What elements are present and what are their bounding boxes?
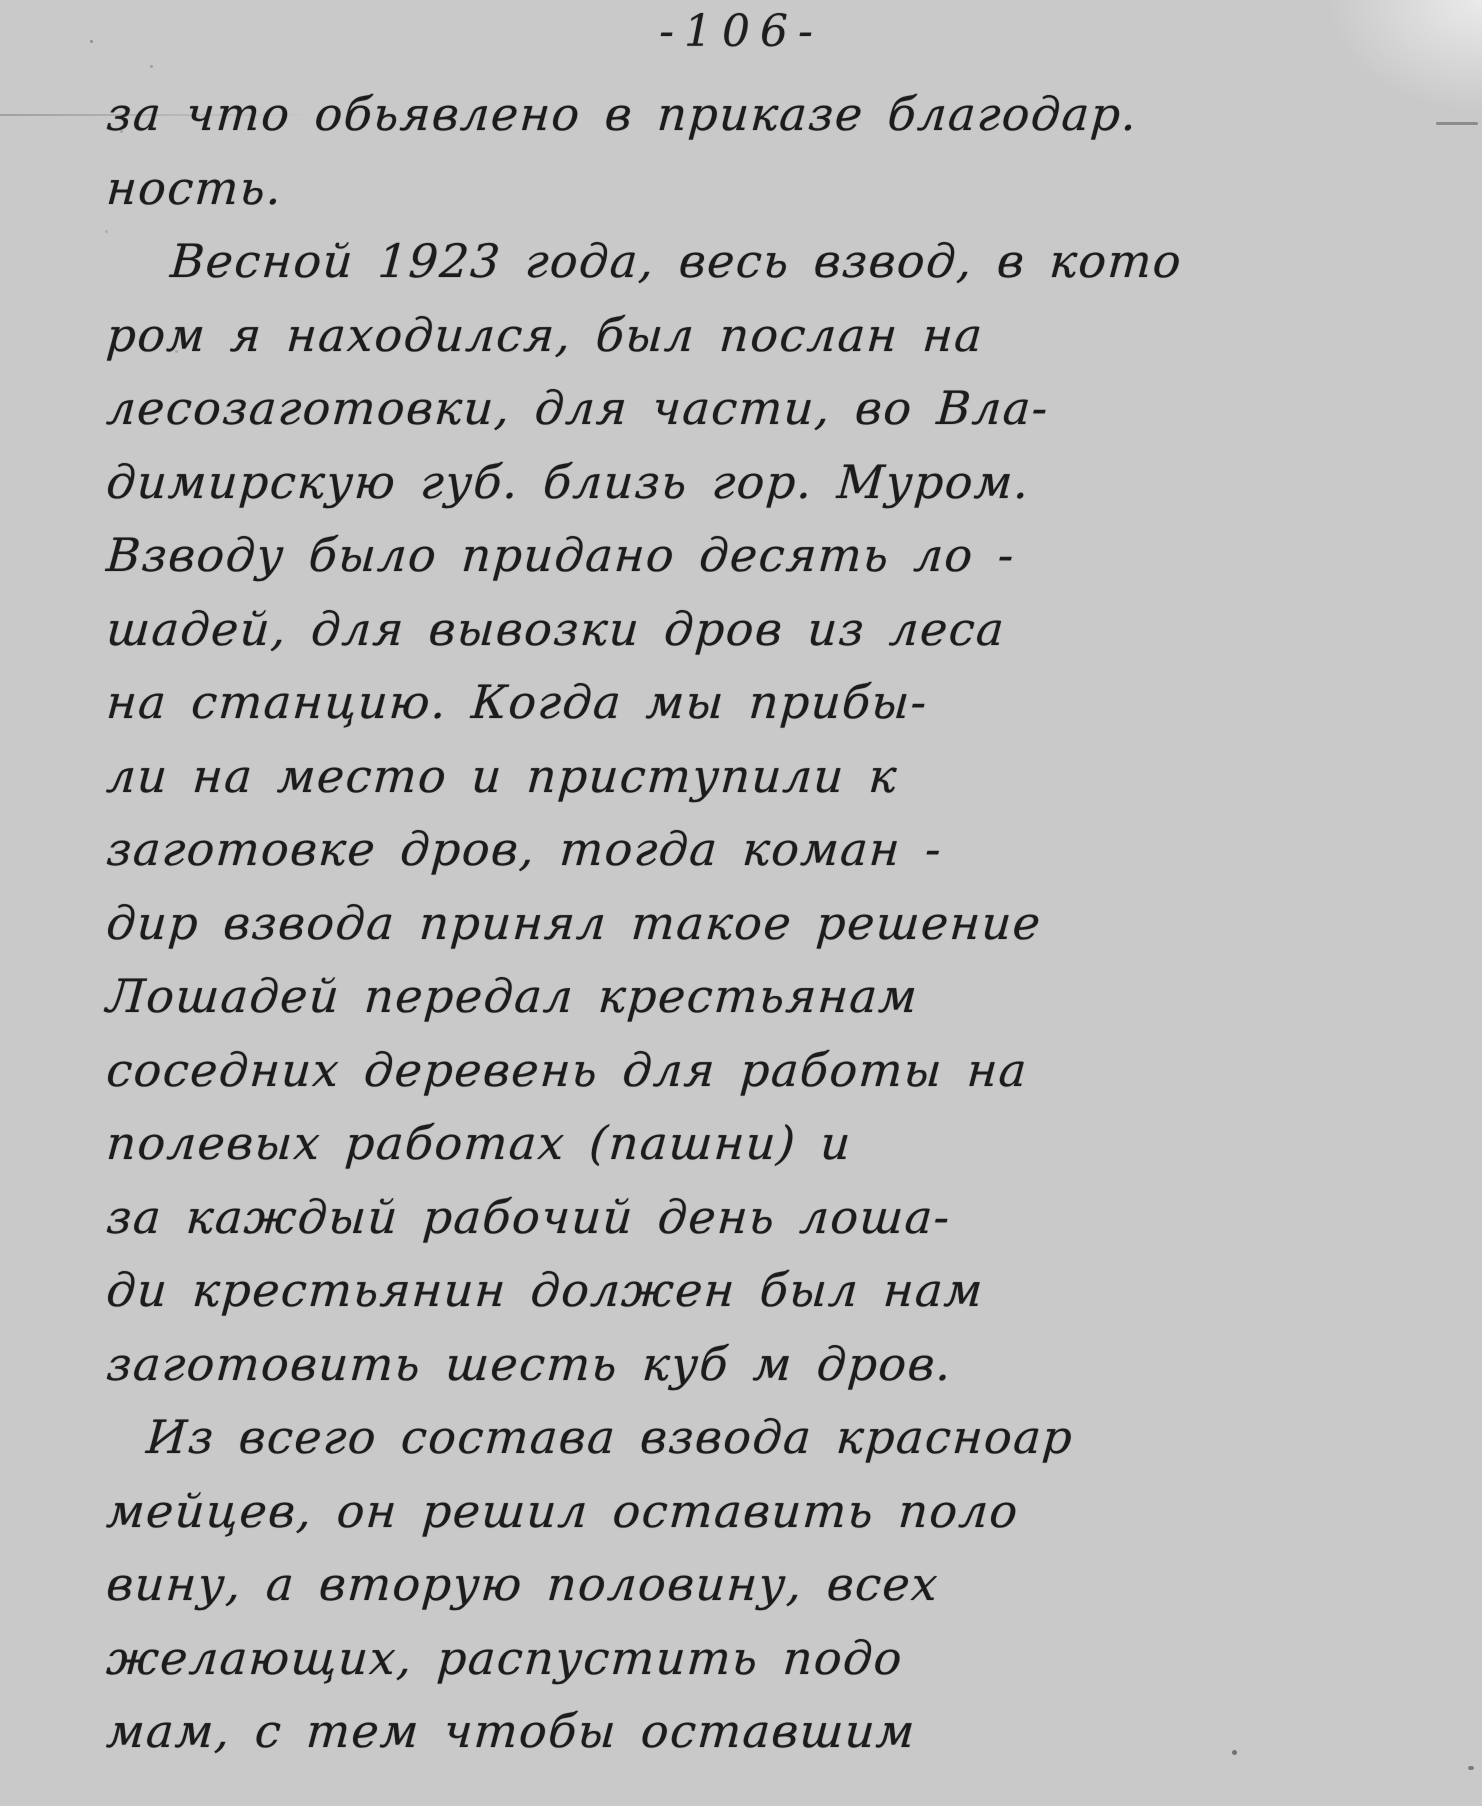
manuscript-line: заготовить шесть куб м дров. <box>104 1328 1481 1402</box>
manuscript-line: мам, с тем чтобы оставшим <box>104 1695 1481 1769</box>
manuscript-page: -106- за что обьявлено в приказе благода… <box>0 0 1482 1806</box>
manuscript-line: ли на место и приступили к <box>104 740 1481 814</box>
manuscript-line: заготовке дров, тогда коман - <box>104 813 1481 887</box>
manuscript-line: Взводу было придано десять ло - <box>104 519 1481 593</box>
manuscript-line: соседних деревень для работы на <box>104 1034 1481 1108</box>
manuscript-line: Из всего состава взвода красноар <box>104 1401 1481 1475</box>
handwritten-text-block: за что обьявлено в приказе благодар. нос… <box>104 78 1476 1769</box>
manuscript-line: димирскую губ. близь гор. Муром. <box>104 446 1481 520</box>
manuscript-line: дир взвода принял такое решение <box>104 887 1481 961</box>
manuscript-line: шадей, для вывозки дров из леса <box>104 593 1481 667</box>
manuscript-line: вину, а вторую половину, всех <box>104 1548 1481 1622</box>
manuscript-line: на станцию. Когда мы прибы- <box>104 666 1481 740</box>
manuscript-line: желающих, распустить подо <box>104 1622 1481 1696</box>
manuscript-line: Лошадей передал крестьянам <box>104 960 1481 1034</box>
manuscript-line: ность. <box>104 152 1481 226</box>
manuscript-line: за каждый рабочий день лоша- <box>104 1181 1481 1255</box>
manuscript-line: полевых работах (пашни) и <box>104 1107 1481 1181</box>
manuscript-line: мейцев, он решил оставить поло <box>104 1475 1481 1549</box>
manuscript-line: лесозаготовки, для части, во Вла- <box>104 372 1481 446</box>
page-number: -106- <box>0 6 1482 57</box>
manuscript-line: за что обьявлено в приказе благодар. <box>104 78 1481 152</box>
manuscript-line: ром я находился, был послан на <box>104 299 1481 373</box>
manuscript-line: Весной 1923 года, весь взвод, в кото <box>104 225 1481 299</box>
manuscript-line: ди крестьянин должен был нам <box>104 1254 1481 1328</box>
